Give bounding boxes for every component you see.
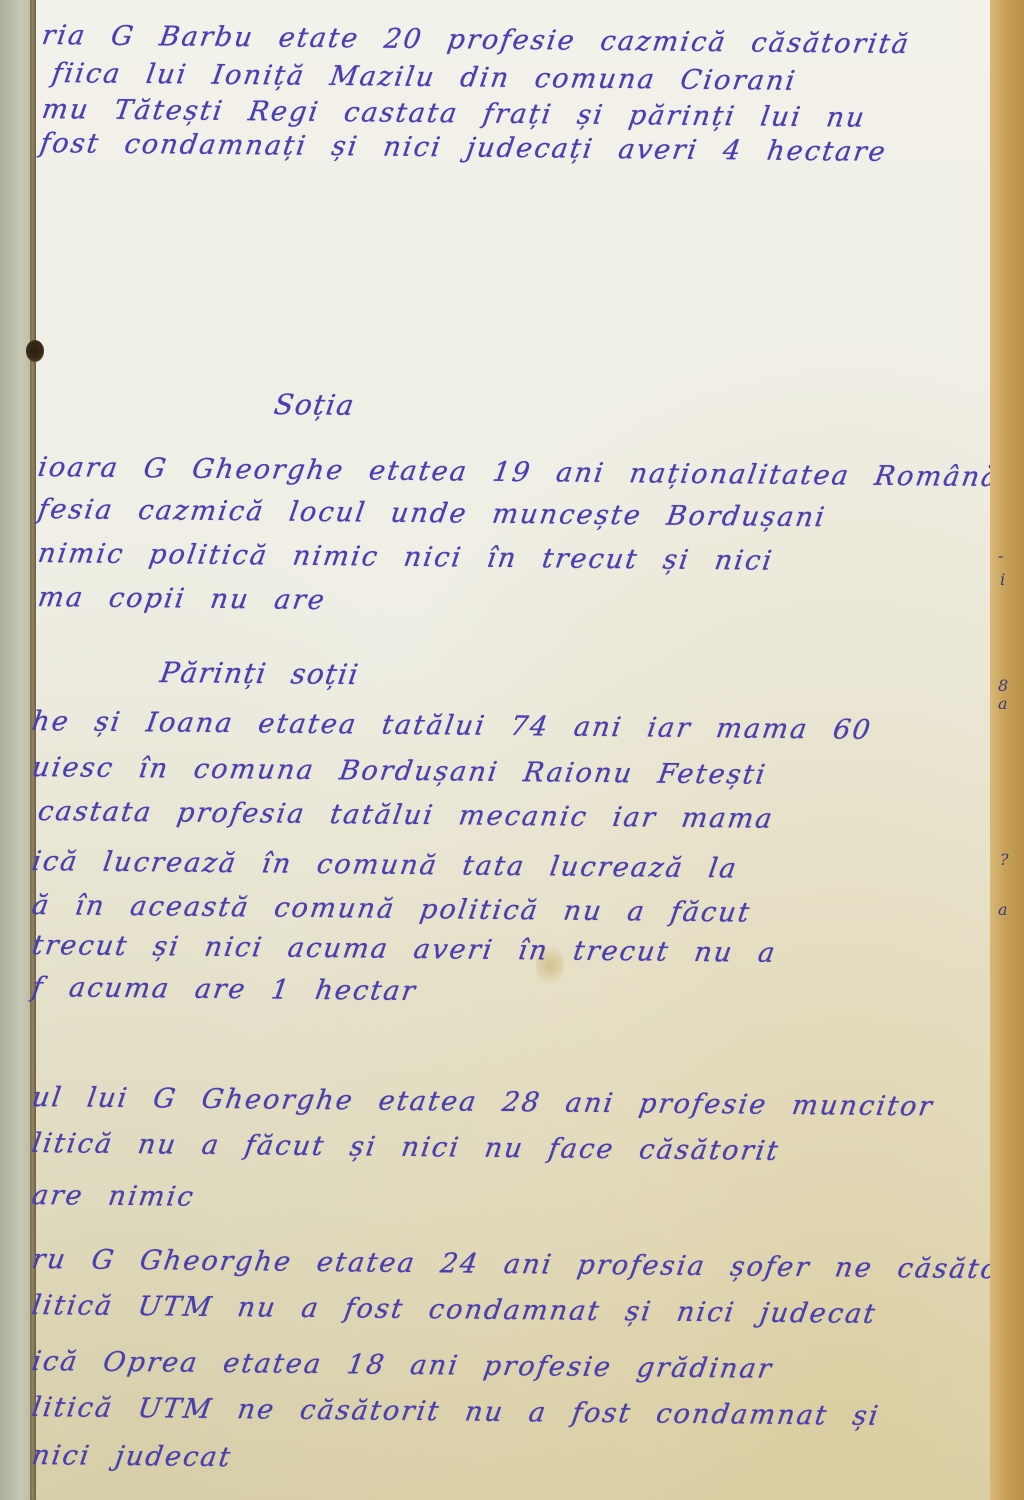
scanned-page: ria G Barbu etate 20 profesie cazmică că… <box>0 0 1024 1500</box>
handwritten-line: nici judecat <box>30 1440 234 1473</box>
handwritten-line: litică UTM ne căsătorit nu a fost condam… <box>30 1392 882 1432</box>
next-page-edge: - i 8 a ? a <box>990 0 1024 1500</box>
handwritten-line: ul lui G Gheorghe etatea 28 ani profesie… <box>30 1082 936 1122</box>
handwritten-line: ică lucrează în comună tata lucrează la <box>30 846 740 884</box>
handwritten-line: fiica lui Ioniță Mazilu din comuna Ciora… <box>50 58 799 97</box>
paper-sheet: ria G Barbu etate 20 profesie cazmică că… <box>36 0 990 1500</box>
margin-mark: a <box>998 694 1008 713</box>
handwritten-line: nimic politică nimic nici în trecut și n… <box>36 538 776 577</box>
handwritten-line: are nimic <box>30 1180 197 1213</box>
handwritten-line: ică Oprea etatea 18 ani profesie grădina… <box>30 1346 775 1385</box>
margin-mark: a <box>998 900 1008 919</box>
margin-mark: - <box>998 546 1003 565</box>
handwritten-line: castata profesia tatălui mecanic iar mam… <box>36 796 776 835</box>
margin-mark: ? <box>1000 850 1009 869</box>
handwritten-line: f acuma are 1 hectar <box>30 972 419 1007</box>
handwritten-line: ria G Barbu etate 20 profesie cazmică că… <box>40 20 912 60</box>
margin-mark: 8 <box>998 676 1008 695</box>
handwritten-line: mu Tătești Regi castata frați și părinți… <box>40 94 868 134</box>
handwritten-line: ă în această comună politică nu a făcut <box>30 890 753 929</box>
margin-mark: i <box>1000 570 1005 589</box>
handwritten-line: litică UTM nu a fost condamnat și nici j… <box>30 1290 879 1330</box>
binding-ring-hole <box>26 340 44 362</box>
section-heading-parinti-sotii: Părinți soții <box>158 656 362 691</box>
handwritten-line: uiesc în comuna Bordușani Raionu Fetești <box>30 752 769 791</box>
handwritten-line: fost condamnați și nici judecați averi 4… <box>38 128 889 168</box>
handwritten-line: ioara G Gheorghe etatea 19 ani naționali… <box>36 452 1002 493</box>
handwritten-line: trecut și nici acuma averi în trecut nu … <box>30 930 779 969</box>
handwritten-line: he și Ioana etatea tatălui 74 ani iar ma… <box>30 706 874 746</box>
handwritten-line: litică nu a făcut și nici nu face căsăto… <box>30 1128 782 1167</box>
handwritten-line: ma copii nu are <box>36 582 328 616</box>
handwritten-line: ru G Gheorghe etatea 24 ani profesia șof… <box>30 1244 1024 1286</box>
section-heading-sotia: Soția <box>272 388 357 422</box>
handwritten-line: fesia cazmică locul unde muncește Borduș… <box>36 494 828 533</box>
